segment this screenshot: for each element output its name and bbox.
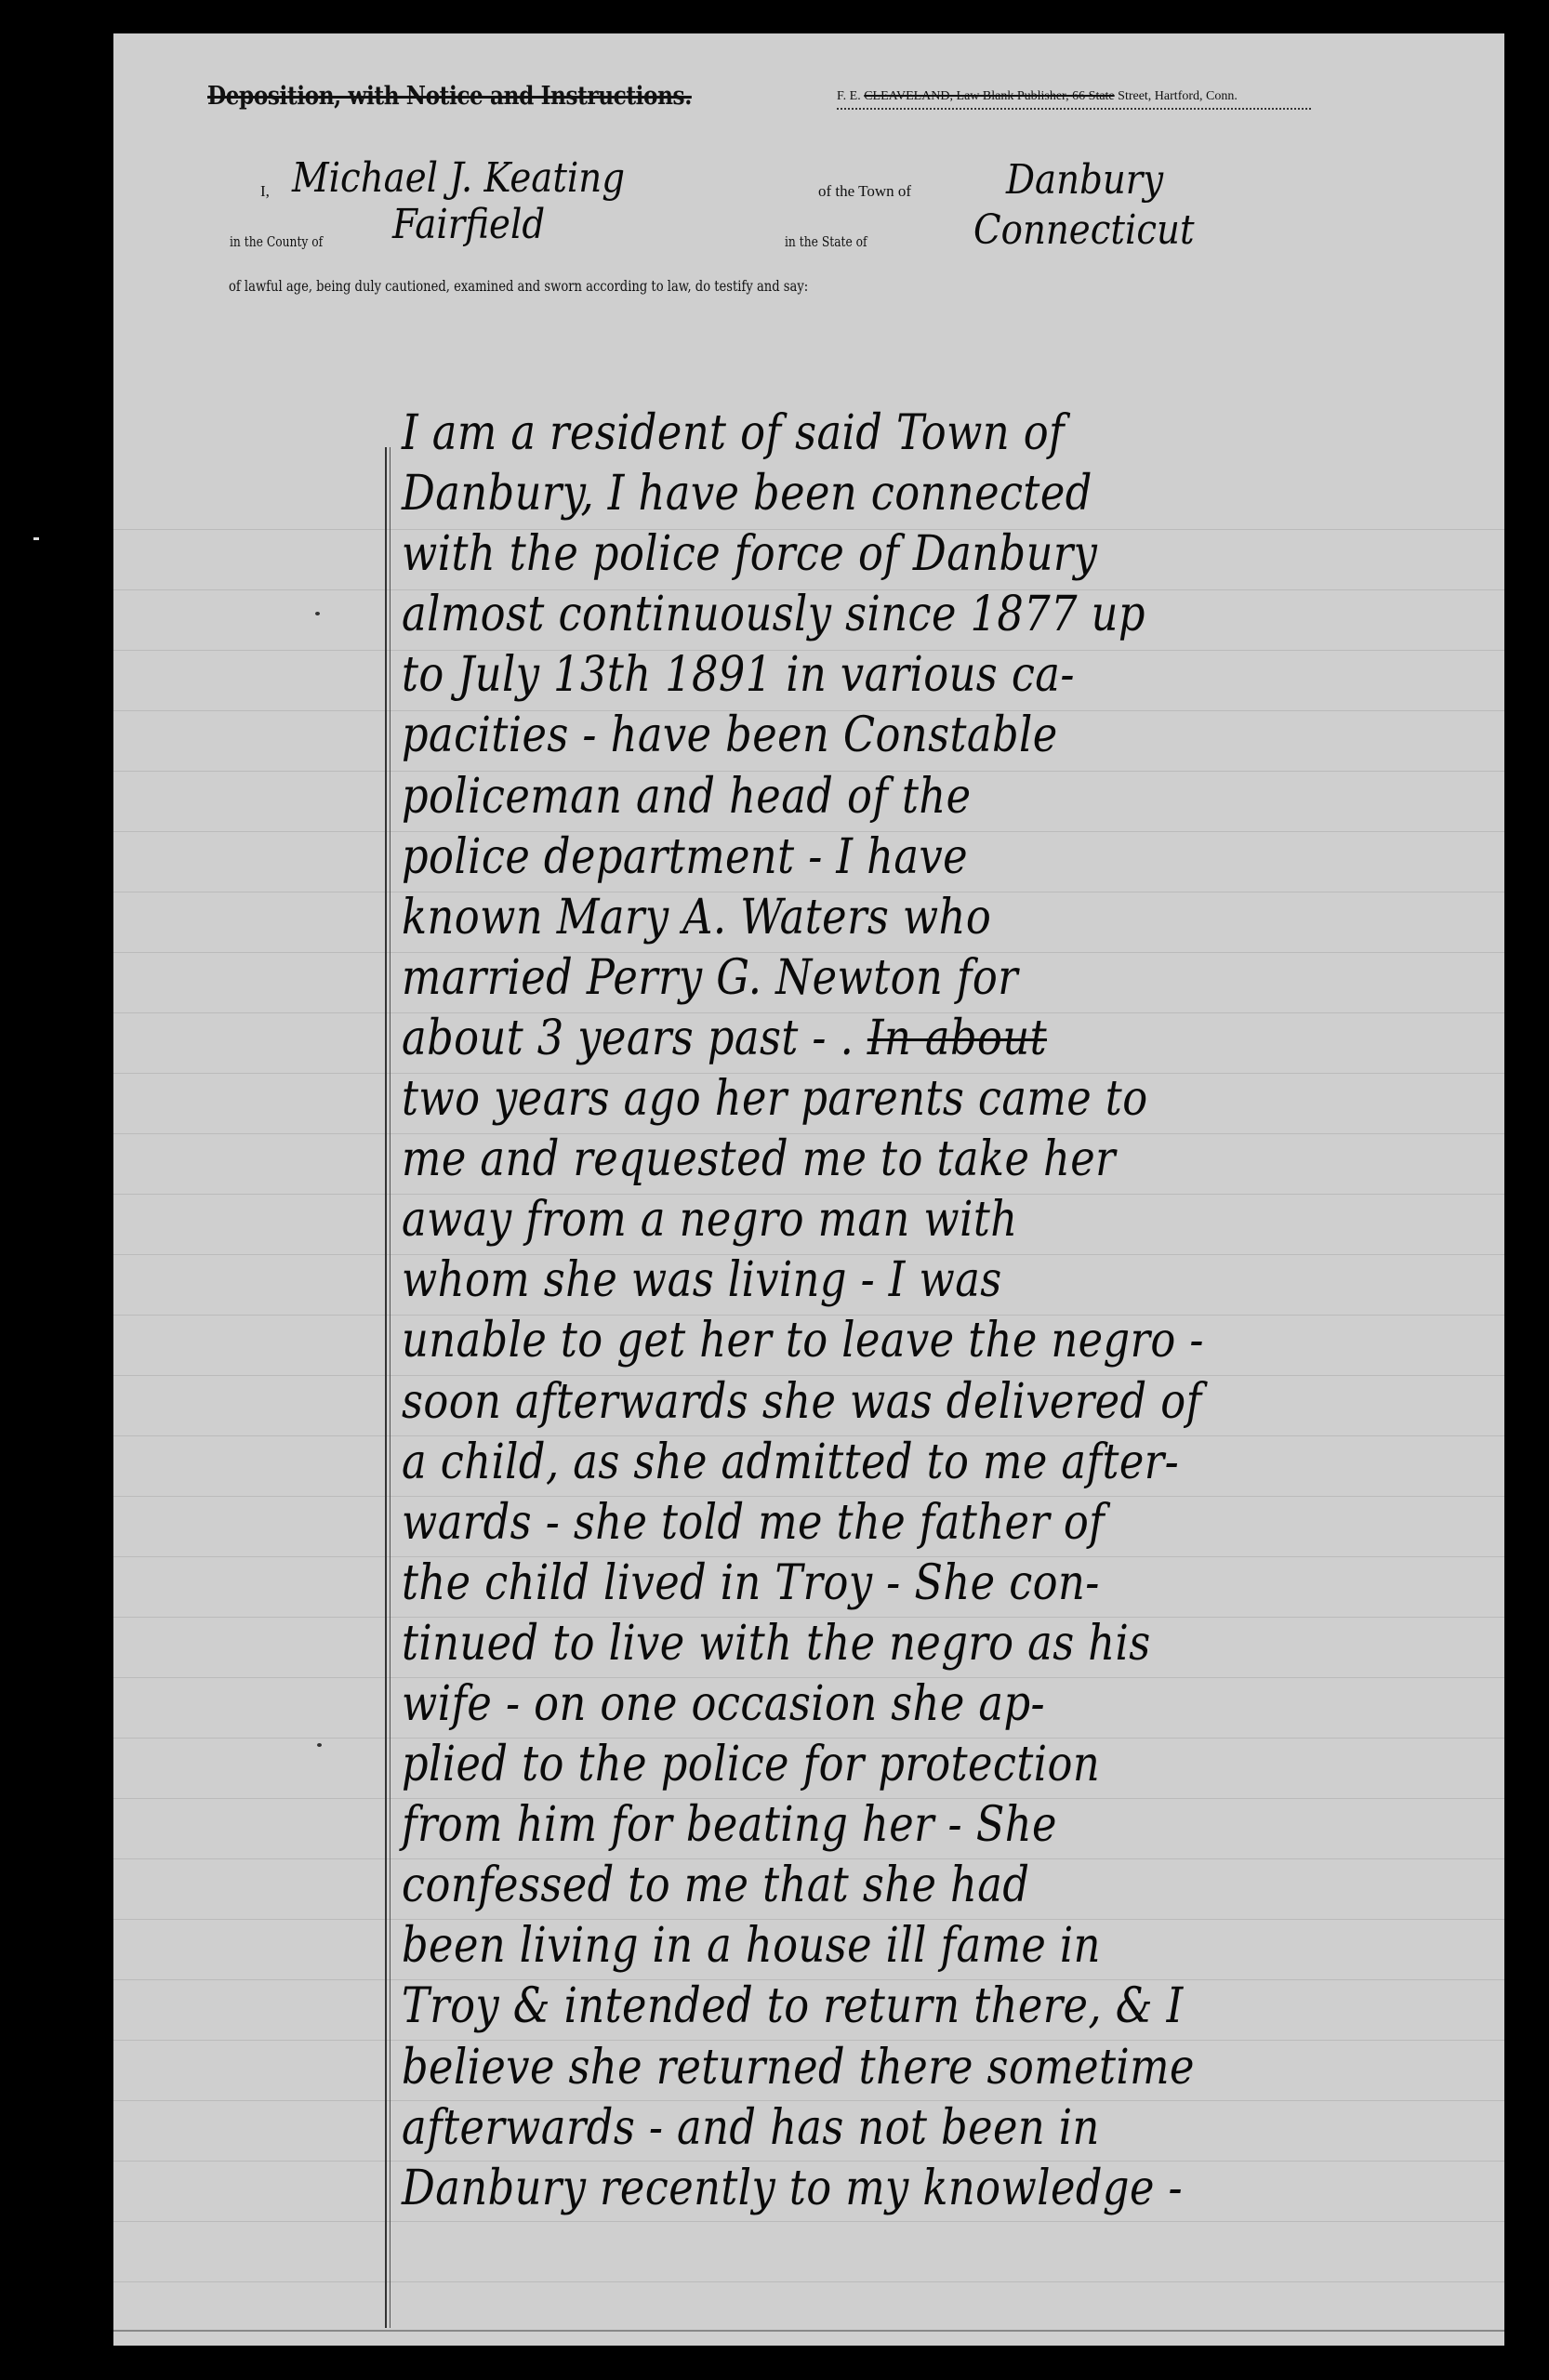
testimony-line: been living in a house ill fame in bbox=[402, 1916, 1337, 1977]
testimony-line: tinued to live with the negro as his bbox=[402, 1614, 1337, 1674]
testimony-line: wards - she told me the father of bbox=[402, 1493, 1337, 1554]
testimony-line: the child lived in Troy - She con- bbox=[402, 1554, 1337, 1614]
struck-words: In about bbox=[867, 1011, 1047, 1066]
deposition-page: Deposition, with Notice and Instructions… bbox=[113, 33, 1504, 2346]
testimony-line: pacities - have been Constable bbox=[402, 706, 1337, 766]
ink-speck bbox=[317, 1743, 322, 1747]
left-margin-rule bbox=[385, 447, 391, 2328]
testimony-line: confessed to me that she had bbox=[402, 1856, 1337, 1916]
testimony-line: police department - I have bbox=[402, 827, 1337, 888]
testimony-line: believe she returned there sometime bbox=[402, 2038, 1337, 2098]
testimony-line: wife - on one occasion she ap- bbox=[402, 1674, 1337, 1735]
label-county: in the County of bbox=[230, 233, 323, 250]
testimony-line: two years ago her parents came to bbox=[402, 1069, 1337, 1130]
testimony-line: married Perry G. Newton for bbox=[402, 948, 1337, 1009]
publisher-imprint: F. E. CLEAVELAND, Law Blank Publisher, 6… bbox=[837, 89, 1238, 104]
testimony-line: a child, as she admitted to me after- bbox=[402, 1433, 1337, 1493]
label-town: of the Town of bbox=[818, 182, 911, 201]
testimony-line: almost continuously since 1877 up bbox=[402, 585, 1337, 645]
testimony-line: known Mary A. Waters who bbox=[402, 888, 1337, 948]
bottom-rule bbox=[113, 2330, 1504, 2332]
testimony-line: Troy & intended to return there, & I bbox=[402, 1977, 1337, 2037]
testimony-line: plied to the police for protection bbox=[402, 1735, 1337, 1795]
label-i: I, bbox=[260, 182, 270, 201]
label-state: in the State of bbox=[785, 233, 867, 250]
testimony-line-with-strikeout: about 3 years past - . In about bbox=[402, 1009, 1337, 1069]
testimony-line: to July 13th 1891 in various ca- bbox=[402, 645, 1337, 706]
ink-speck bbox=[315, 612, 320, 615]
testimony-line: soon afterwards she was delivered of bbox=[402, 1372, 1337, 1433]
publisher-struck-text: CLEAVELAND, Law Blank Publisher, 66 Stat… bbox=[864, 89, 1114, 103]
publisher-prefix: F. E. bbox=[837, 89, 861, 103]
town-field: Danbury bbox=[1006, 156, 1163, 204]
testimony-line-text: about 3 years past - . bbox=[402, 1011, 867, 1066]
testimony-line: unable to get her to leave the negro - bbox=[402, 1311, 1337, 1371]
scan-edge-mark bbox=[33, 537, 39, 540]
testimony-line: Danbury, I have been connected bbox=[402, 464, 1337, 524]
testimony-line: policeman and head of the bbox=[402, 767, 1337, 827]
testimony-line: I am a resident of said Town of bbox=[402, 403, 1337, 464]
testimony-line: afterwards - and has not been in bbox=[402, 2098, 1337, 2159]
deponent-name-field: Michael J. Keating bbox=[292, 154, 625, 202]
testimony-line: from him for beating her - She bbox=[402, 1795, 1337, 1856]
testimony-line: me and requested me to take her bbox=[402, 1130, 1337, 1190]
county-field: Fairfield bbox=[392, 201, 545, 248]
testimony-line: Danbury recently to my knowledge - bbox=[402, 2159, 1337, 2219]
testimony-line: whom she was living - I was bbox=[402, 1250, 1337, 1311]
publisher-suffix: Street, Hartford, Conn. bbox=[1118, 89, 1238, 103]
testimony-body: I am a resident of said Town of Danbury,… bbox=[402, 403, 1489, 2219]
testimony-line: with the police force of Danbury bbox=[402, 524, 1337, 585]
state-field: Connecticut bbox=[973, 206, 1195, 254]
testimony-line: away from a negro man with bbox=[402, 1190, 1337, 1250]
publisher-dotted-rule bbox=[837, 108, 1311, 110]
oath-text: of lawful age, being duly cautioned, exa… bbox=[229, 277, 808, 295]
form-title-struck: Deposition, with Notice and Instructions… bbox=[207, 82, 692, 111]
